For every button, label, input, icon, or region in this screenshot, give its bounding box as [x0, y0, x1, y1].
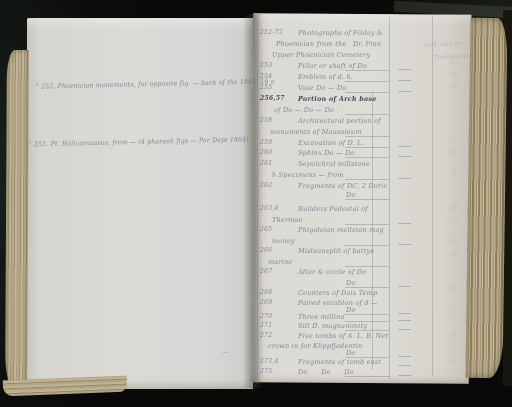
left-page-block-edge [5, 50, 29, 392]
margin-figure: 25 [450, 171, 457, 177]
left-page [27, 18, 253, 389]
fore-edge-page-block [465, 18, 507, 378]
bottom-left-page-block-edge [3, 376, 128, 397]
margin-figure: 25 [450, 84, 457, 90]
margin-figure: 25 [450, 285, 457, 291]
margin-figures: 2525252725252527252525272525 [258, 0, 470, 407]
margin-figure: 27 [450, 310, 457, 316]
margin-figure: 25 [450, 205, 457, 211]
margin-figure: 27 [450, 139, 457, 145]
margin-figure: 25 [450, 60, 457, 66]
margin-figure: 27 [450, 217, 457, 223]
photo-of-open-ledger: " 252. Phoenician monuments, for opposit… [0, 0, 512, 407]
margin-figure: 25 [450, 359, 457, 365]
margin-figure: 25 [450, 72, 457, 78]
margin-figure: 25 [450, 239, 457, 245]
margin-figure: 25 [450, 332, 457, 338]
margin-figure: 25 [450, 150, 457, 156]
margin-figure: 25 [450, 252, 457, 258]
pencil-dash: — [222, 348, 229, 356]
